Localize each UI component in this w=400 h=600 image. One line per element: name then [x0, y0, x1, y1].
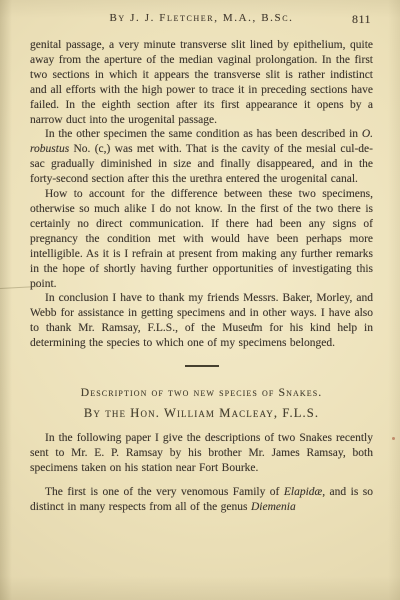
new-article-body: In the following paper I give the descri… [30, 431, 373, 515]
running-header-title: By J. J. Fletcher, M.A., B.Sc. [109, 12, 293, 24]
paragraph: genital passage, a very minute transvers… [30, 38, 373, 127]
paragraph: The first is one of the very venomous Fa… [30, 485, 373, 515]
paragraph: In the other specimen the same condition… [30, 127, 373, 187]
article-body: genital passage, a very minute transvers… [30, 38, 373, 351]
paragraph: In conclusion I have to thank my friends… [30, 291, 373, 351]
page-number: 811 [352, 12, 371, 27]
new-article-byline: By the Hon. William Macleay, F.L.S. [30, 406, 373, 421]
paragraph: In the following paper I give the descri… [30, 431, 373, 476]
paragraph: How to account for the difference betwee… [30, 187, 373, 291]
page-content: By J. J. Fletcher, M.A., B.Sc. 811 genit… [0, 0, 400, 515]
scanned-page: By J. J. Fletcher, M.A., B.Sc. 811 genit… [0, 0, 400, 600]
section-separator-rule [185, 365, 219, 367]
ink-speck [392, 437, 395, 440]
running-header: By J. J. Fletcher, M.A., B.Sc. 811 [30, 12, 373, 27]
new-article-title: Description of two new species of Snakes… [30, 385, 373, 400]
ink-dot-artifact [252, 323, 254, 326]
